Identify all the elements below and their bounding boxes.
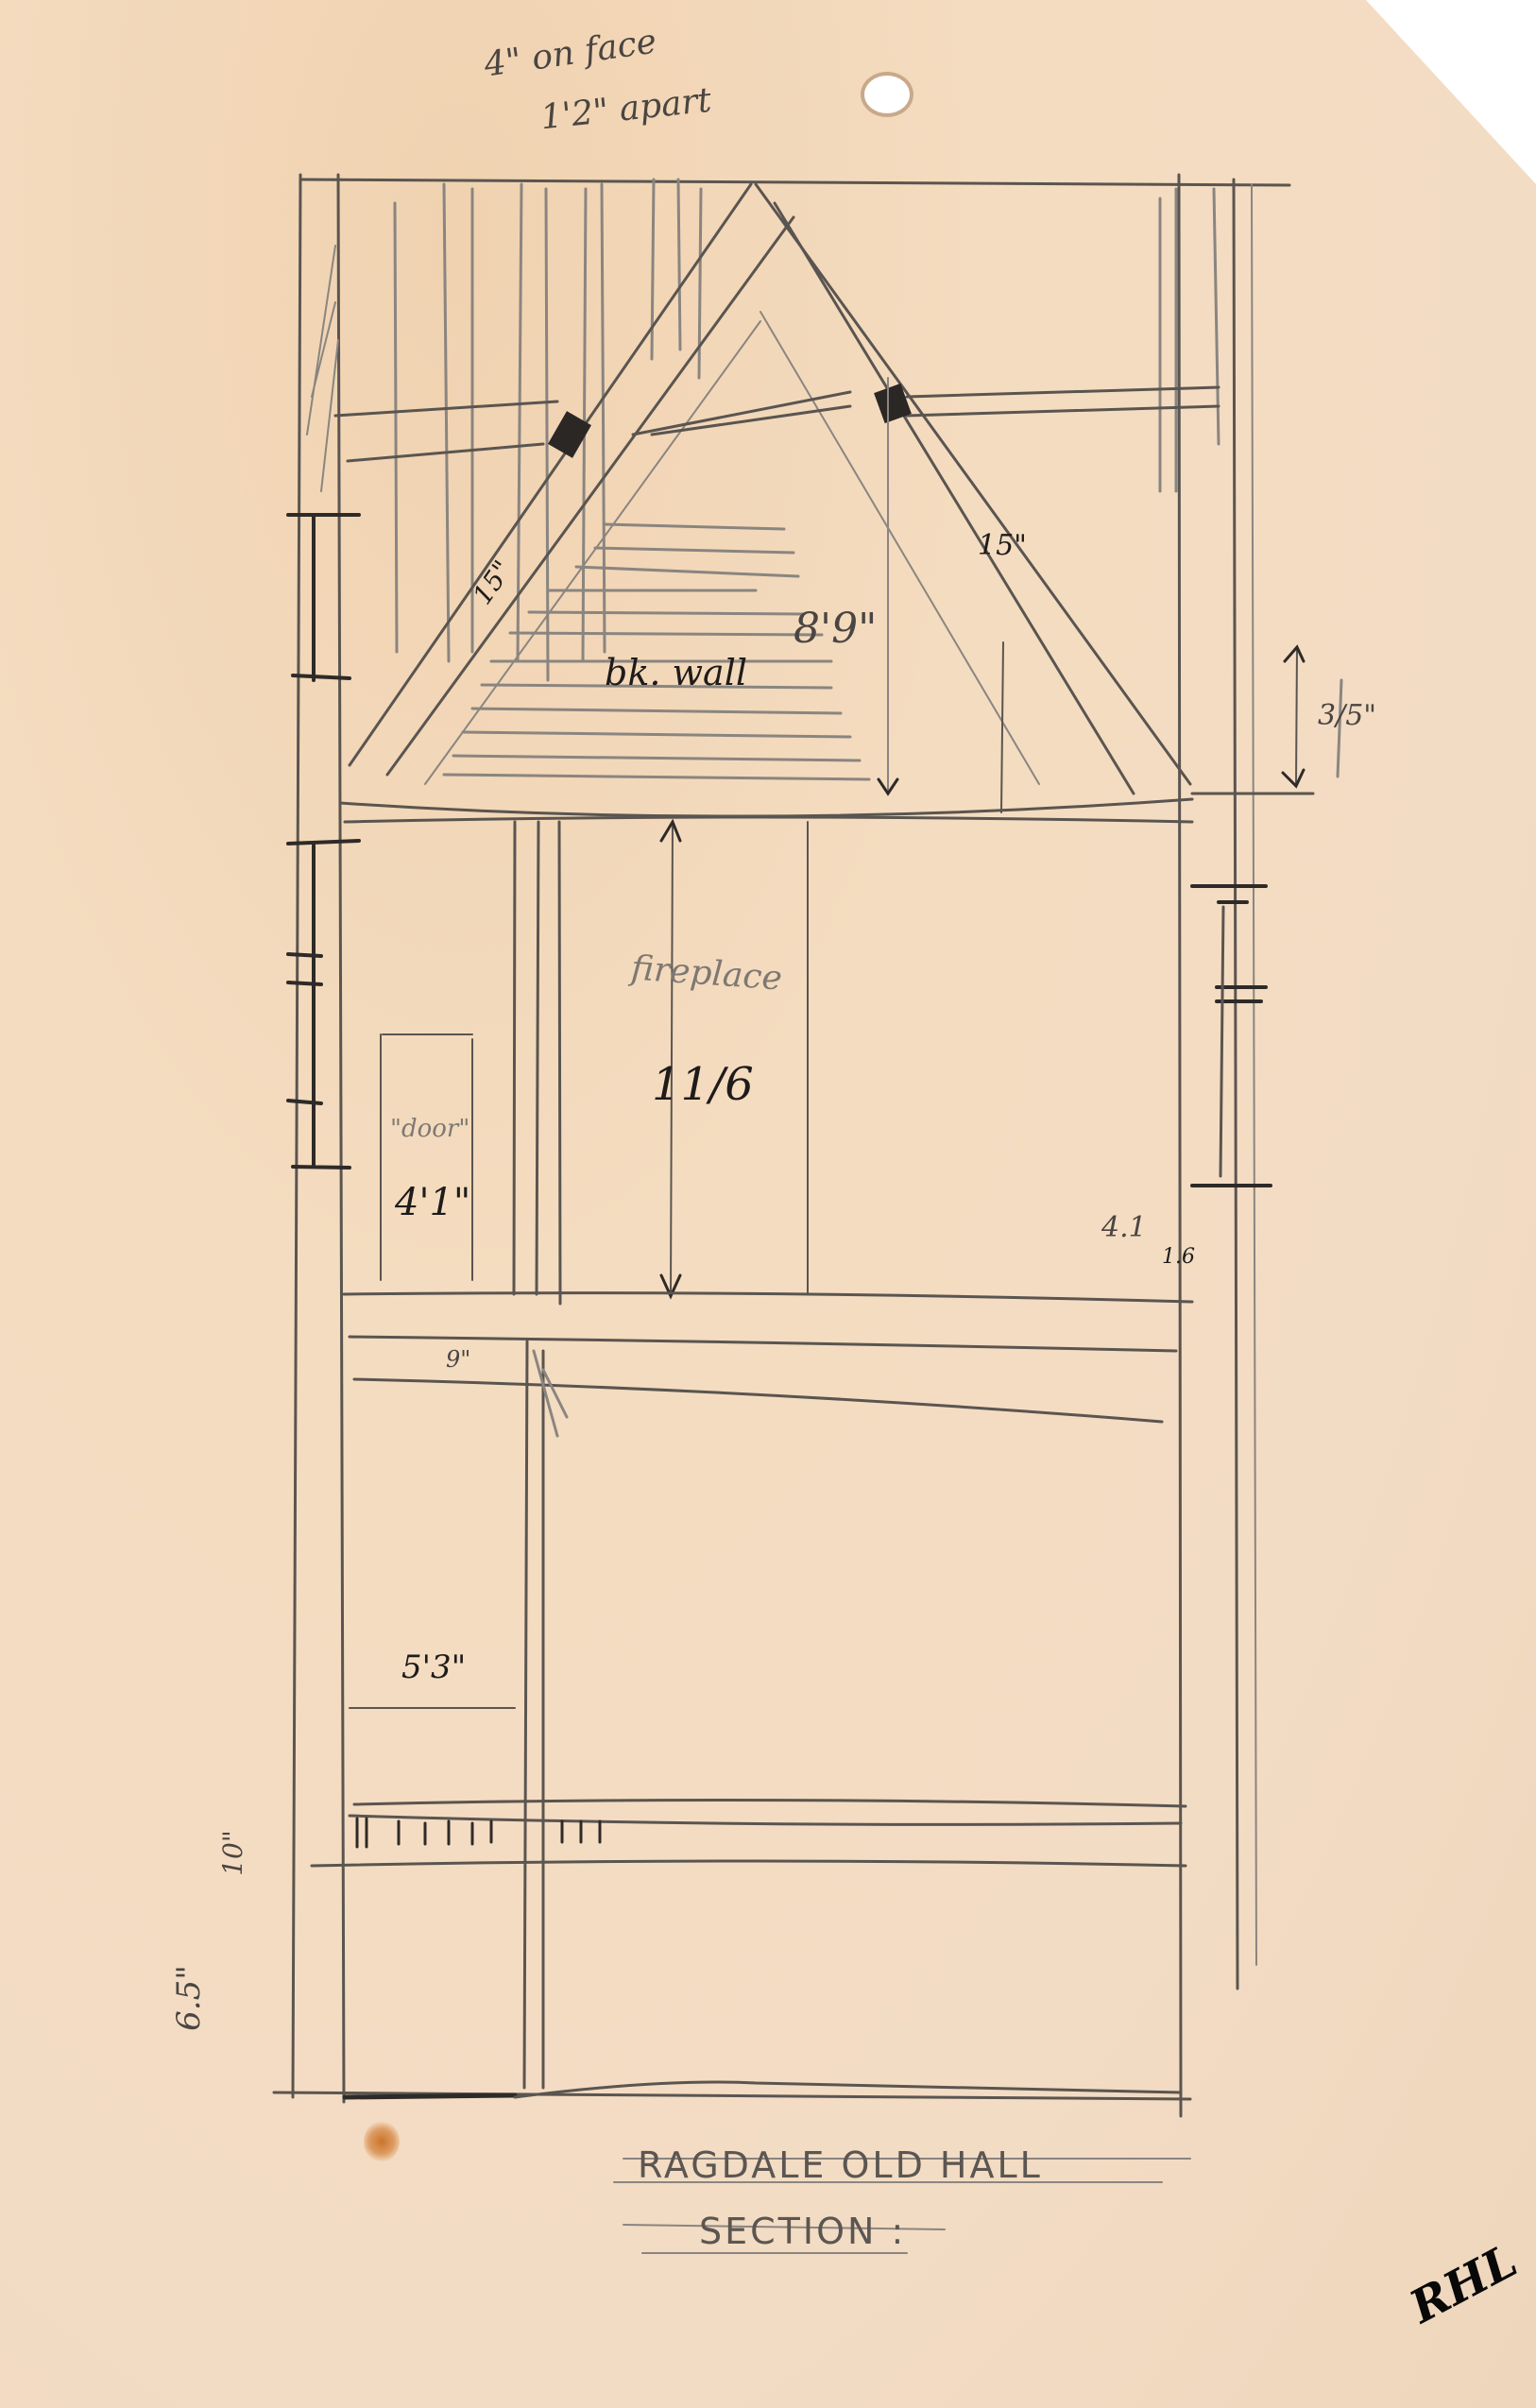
gable-fill-label: bk. wall: [605, 652, 747, 693]
drawing-subtitle: SECTION :: [699, 2211, 906, 2252]
gable-height-dimension: 8'9": [794, 605, 877, 653]
door-width-dimension: 4'1": [395, 1181, 470, 1224]
upper-floor-height-dimension: 11/6: [652, 1058, 754, 1111]
joist-depth-dimension: 9": [446, 1346, 470, 1373]
section-drawing: [0, 0, 1536, 2408]
ground-floor-width-dimension: 5'3": [401, 1648, 466, 1686]
drawing-title: RAGDALE OLD HALL: [638, 2144, 1043, 2186]
right-window-dimension: 4.1: [1101, 1211, 1147, 1244]
right-window-sub-dimension: 1.6: [1162, 1245, 1195, 1269]
plinth-height-dimension: 10": [217, 1830, 248, 1876]
ground-height-dimension: 6.5": [170, 1965, 208, 2031]
rafter-right-dimension: 15": [978, 529, 1027, 562]
eaves-drop-dimension: 3/5": [1318, 699, 1376, 732]
door-label: "door": [390, 1115, 469, 1143]
